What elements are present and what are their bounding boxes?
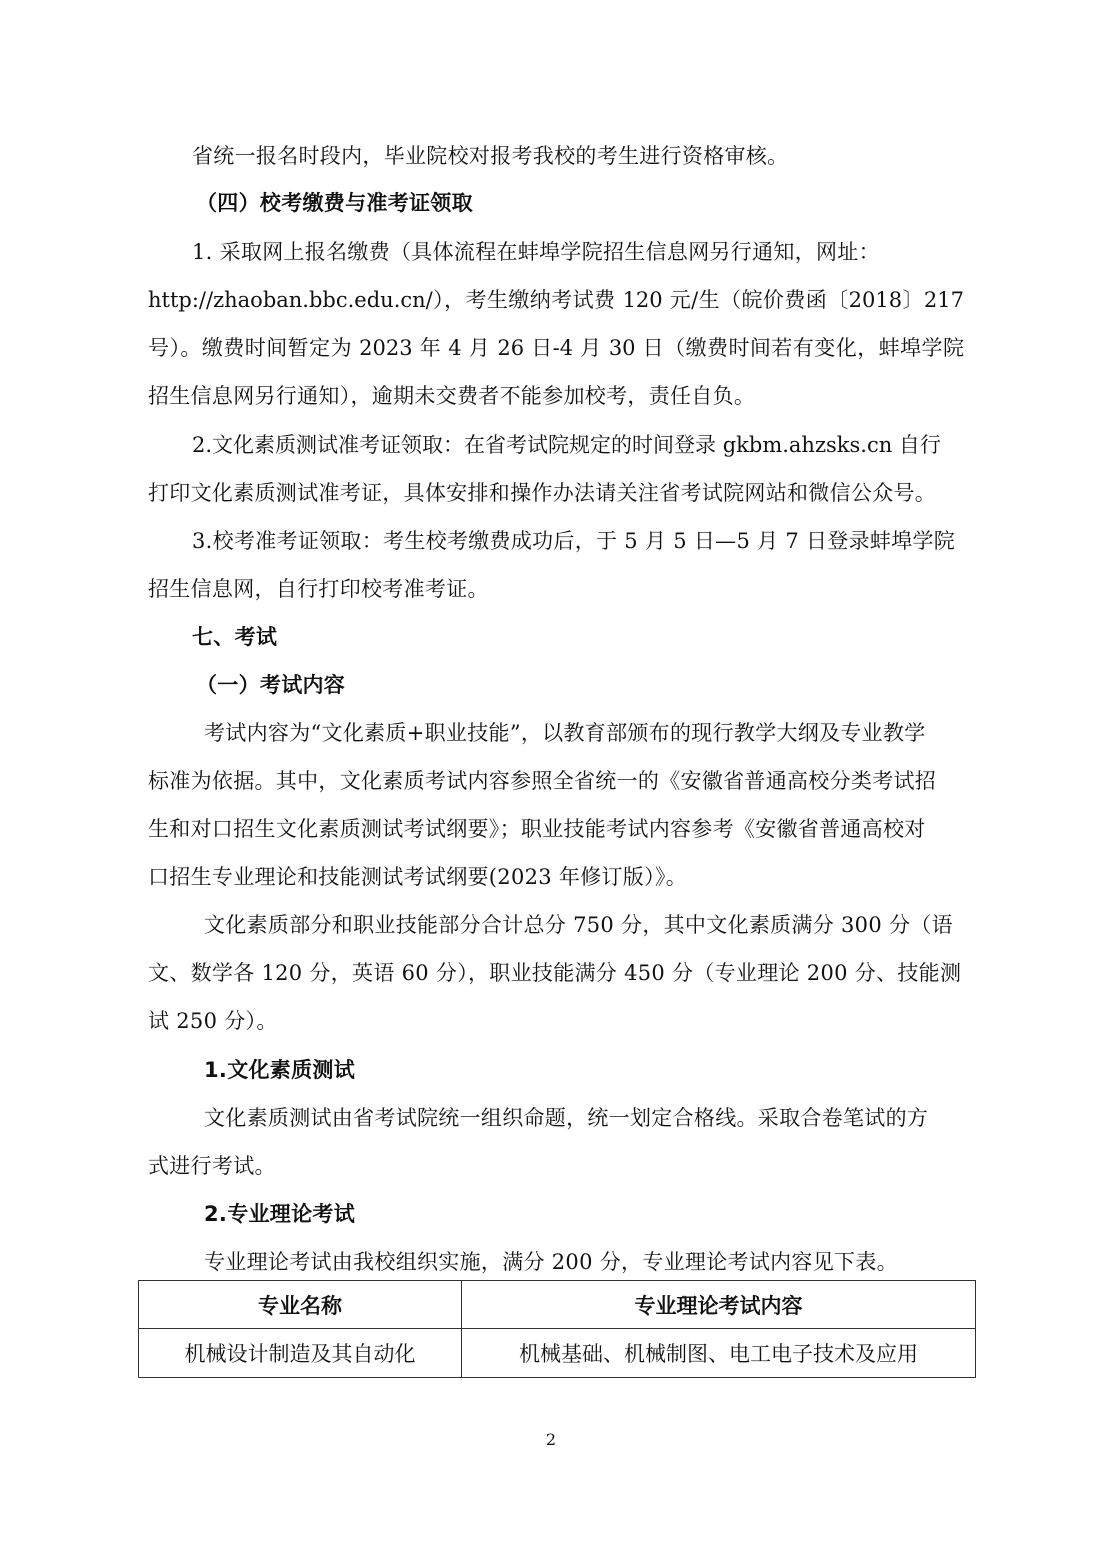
paragraph-text: 省统一报名时段内，毕业院校对报考我校的考生进行资格审核。 xyxy=(192,141,1012,171)
table-header-cell: 专业理论考试内容 xyxy=(462,1281,976,1329)
list-item-3-line: 招生信息网，自行打印校考准考证。 xyxy=(148,574,968,604)
paragraph-text: 式进行考试。 xyxy=(148,1151,968,1181)
table-header-cell: 专业名称 xyxy=(139,1281,462,1329)
section-heading-7: 七、考试 xyxy=(192,622,1012,652)
subsection-heading-exam-content: （一）考试内容 xyxy=(196,670,1016,700)
paragraph-text: 专业理论考试由我校组织实施，满分 200 分，专业理论考试内容见下表。 xyxy=(204,1247,1024,1277)
list-item-2-line: 打印文化素质测试准考证，具体安排和操作办法请关注省考试院网站和微信公众号。 xyxy=(148,478,968,508)
table-header-row: 专业名称 专业理论考试内容 xyxy=(139,1281,976,1329)
paragraph-text: 文化素质部分和职业技能部分合计总分 750 分，其中文化素质满分 300 分（语 xyxy=(204,910,1024,940)
table-cell: 机械设计制造及其自动化 xyxy=(139,1329,462,1378)
subheading-culture-test: 1.文化素质测试 xyxy=(204,1055,1024,1085)
paragraph-text: 生和对口招生文化素质测试考试纲要》；职业技能考试内容参考《安徽省普通高校对 xyxy=(148,814,968,844)
paragraph-text: 考试内容为“文化素质+职业技能”，以教育部颁布的现行教学大纲及专业教学 xyxy=(204,718,1024,748)
document-page: 省统一报名时段内，毕业院校对报考我校的考生进行资格审核。 （四）校考缴费与准考证… xyxy=(0,0,1102,1559)
list-item-1-line: http://zhaoban.bbc.edu.cn/），考生缴纳考试费 120 … xyxy=(148,285,964,315)
table-cell: 机械基础、机械制图、电工电子技术及应用 xyxy=(462,1329,976,1378)
list-item-1-line: 1. 采取网上报名缴费（具体流程在蚌埠学院招生信息网另行通知，网址： xyxy=(192,237,1012,267)
paragraph-text: 文化素质测试由省考试院统一组织命题，统一划定合格线。采取合卷笔试的方 xyxy=(204,1103,1024,1133)
table-row: 机械设计制造及其自动化 机械基础、机械制图、电工电子技术及应用 xyxy=(139,1329,976,1378)
subheading-theory-exam: 2.专业理论考试 xyxy=(204,1199,1024,1229)
page-number: 2 xyxy=(0,1430,1102,1449)
paragraph-text: 试 250 分）。 xyxy=(148,1006,968,1036)
paragraph-text: 口招生专业理论和技能测试考试纲要(2023 年修订版）》。 xyxy=(148,862,968,892)
list-item-3-line: 3.校考准考证领取：考生校考缴费成功后，于 5 月 5 日—5 月 7 日登录蚌… xyxy=(192,526,1012,556)
section-heading-4: （四）校考缴费与准考证领取 xyxy=(196,188,1016,218)
paragraph-text: 文、数学各 120 分，英语 60 分），职业技能满分 450 分（专业理论 2… xyxy=(148,958,968,988)
list-item-2-line: 2.文化素质测试准考证领取：在省考试院规定的时间登录 gkbm.ahzsks.c… xyxy=(192,430,968,460)
list-item-1-line: 招生信息网另行通知），逾期未交费者不能参加校考，责任自负。 xyxy=(148,381,968,411)
list-item-1-line: 号）。缴费时间暂定为 2023 年 4 月 26 日-4 月 30 日（缴费时间… xyxy=(148,333,964,363)
paragraph-text: 标准为依据。其中，文化素质考试内容参照全省统一的《安徽省普通高校分类考试招 xyxy=(148,766,968,796)
exam-content-table: 专业名称 专业理论考试内容 机械设计制造及其自动化 机械基础、机械制图、电工电子… xyxy=(138,1280,976,1378)
